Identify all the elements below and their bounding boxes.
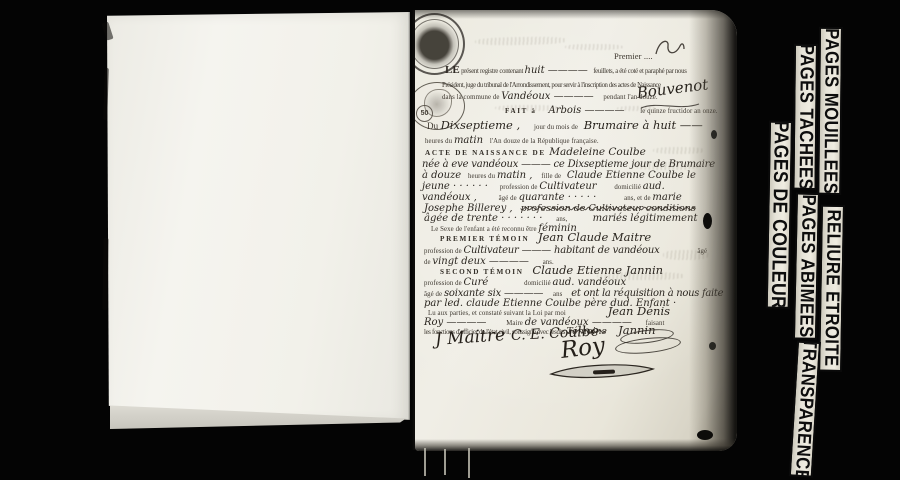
register-page: 50 Premier ....LE présent registre conte… (415, 10, 737, 451)
text-segment: Dixseptieme , (441, 118, 521, 132)
condition-label-text: PAGES TACHEES (793, 44, 817, 190)
text-segment: Arbois ———— (549, 105, 625, 116)
condition-label-text: PAGES DE COULEUR (766, 121, 792, 309)
text-segment: présent registre contenant (460, 68, 525, 75)
edge-hole (703, 213, 712, 229)
condition-label-reliure-etroite: RELIURE ETROITE (818, 205, 845, 372)
text-segment: mariés légitimement (589, 213, 697, 224)
text-segment: Premier .... (614, 51, 653, 61)
condition-label-pages-abimees: PAGES ABIMEES (793, 192, 820, 339)
condition-label-transparence: TRANSPARENCE (789, 341, 821, 478)
condition-label-text: TRANSPARENCE (790, 341, 821, 478)
page-marker-thread (424, 448, 426, 476)
page-top-edge-shadow (415, 10, 737, 19)
page-marker-thread (444, 449, 446, 475)
condition-label-text: PAGES MOUILLEES (818, 28, 842, 194)
roy-signature-swash (547, 360, 659, 384)
condition-label-pages-mouillees: PAGES MOUILLEES (817, 27, 843, 195)
page-torn-edge (689, 10, 737, 451)
page-edge-mark (102, 238, 108, 310)
edge-hole (709, 342, 716, 350)
text-segment: dans la commune de (442, 94, 501, 101)
edge-hole (697, 430, 713, 440)
left-blank-page (107, 12, 410, 424)
scanned-register-image: 50 Premier ....LE présent registre conte… (0, 0, 900, 480)
register-line: Roy (560, 335, 607, 363)
condition-label-pages-de-couleur: PAGES DE COULEUR (766, 121, 793, 309)
text-segment: Brumaire à huit —— (584, 118, 703, 132)
register-line: J Maitre (434, 327, 505, 349)
edge-hole (711, 130, 717, 139)
text-segment: J Maitre (434, 325, 505, 350)
text-segment: FAIT à (505, 107, 537, 115)
text-segment: feuillets, a été coté et paraphé par nou… (592, 68, 687, 75)
condition-label-pages-tachees: PAGES TACHEES (792, 44, 818, 190)
condition-label-text: RELIURE ETROITE (819, 210, 844, 367)
page-marker-thread (468, 448, 470, 478)
text-segment: jour du mois de (532, 124, 580, 131)
text-segment: Du (427, 121, 441, 131)
condition-label-text: PAGES ABIMEES (794, 194, 819, 338)
page-bottom-edge-shadow (415, 439, 737, 451)
premier-paraph-flourish (653, 36, 687, 60)
